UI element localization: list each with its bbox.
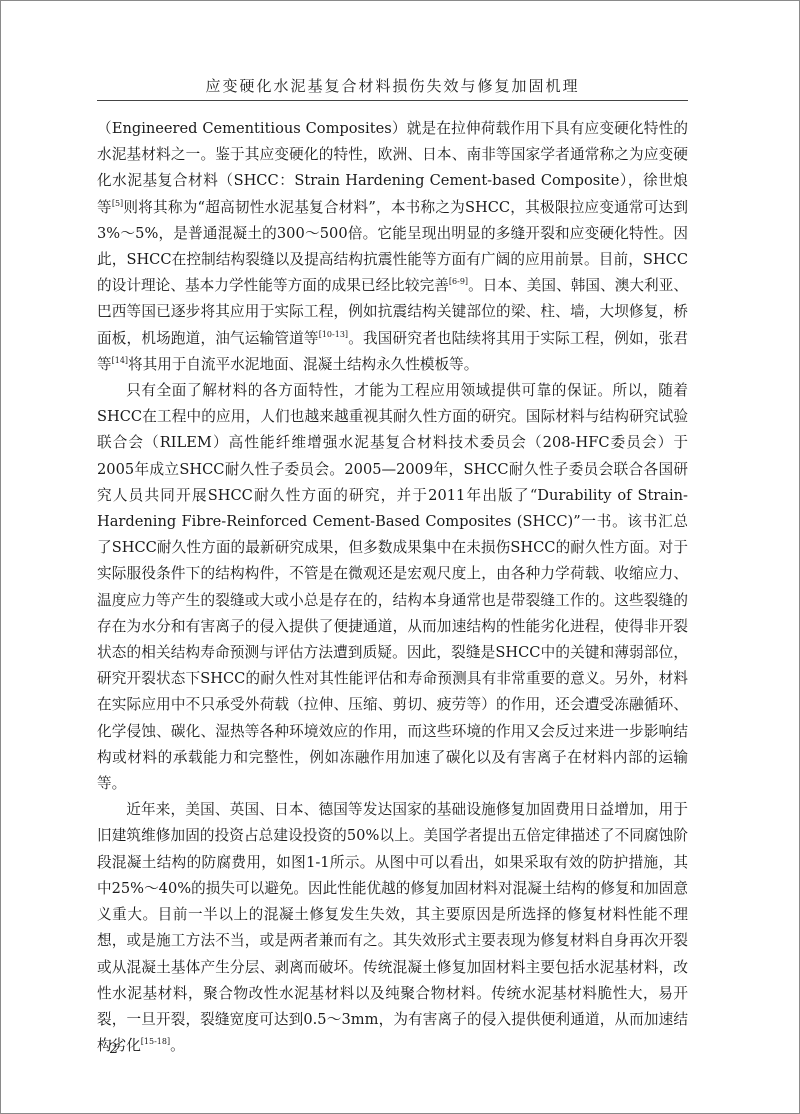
citation-ref: [14]	[112, 356, 128, 365]
text-run: 只有全面了解材料的各方面特性，才能为工程应用领域提供可靠的保证。所以，随着SHC…	[97, 382, 688, 792]
paragraph-2: 只有全面了解材料的各方面特性，才能为工程应用领域提供可靠的保证。所以，随着SHC…	[97, 378, 688, 797]
text-run: 。	[170, 1037, 185, 1054]
document-page: 应变硬化水泥基复合材料损伤失效与修复加固机理 （Engineered Cemen…	[0, 0, 800, 1114]
header-rule	[97, 100, 688, 101]
citation-ref: [10-13]	[319, 330, 348, 339]
body-text: （Engineered Cementitious Composites）就是在拉…	[97, 116, 688, 1059]
paragraph-3: 近年来，美国、英国、日本、德国等发达国家的基础设施修复加固费用日益增加，用于旧建…	[97, 797, 688, 1059]
paragraph-1: （Engineered Cementitious Composites）就是在拉…	[97, 116, 688, 378]
text-run: 将其用于自流平水泥地面、混凝土结构永久性模板等。	[128, 356, 478, 373]
citation-ref: [6-9]	[449, 277, 468, 286]
citation-ref: [5]	[112, 199, 123, 208]
page-number: 2	[109, 1041, 118, 1057]
citation-ref: [15-18]	[141, 1037, 170, 1046]
text-run: 近年来，美国、英国、日本、德国等发达国家的基础设施修复加固费用日益增加，用于旧建…	[97, 801, 688, 1054]
running-head: 应变硬化水泥基复合材料损伤失效与修复加固机理	[97, 75, 688, 96]
